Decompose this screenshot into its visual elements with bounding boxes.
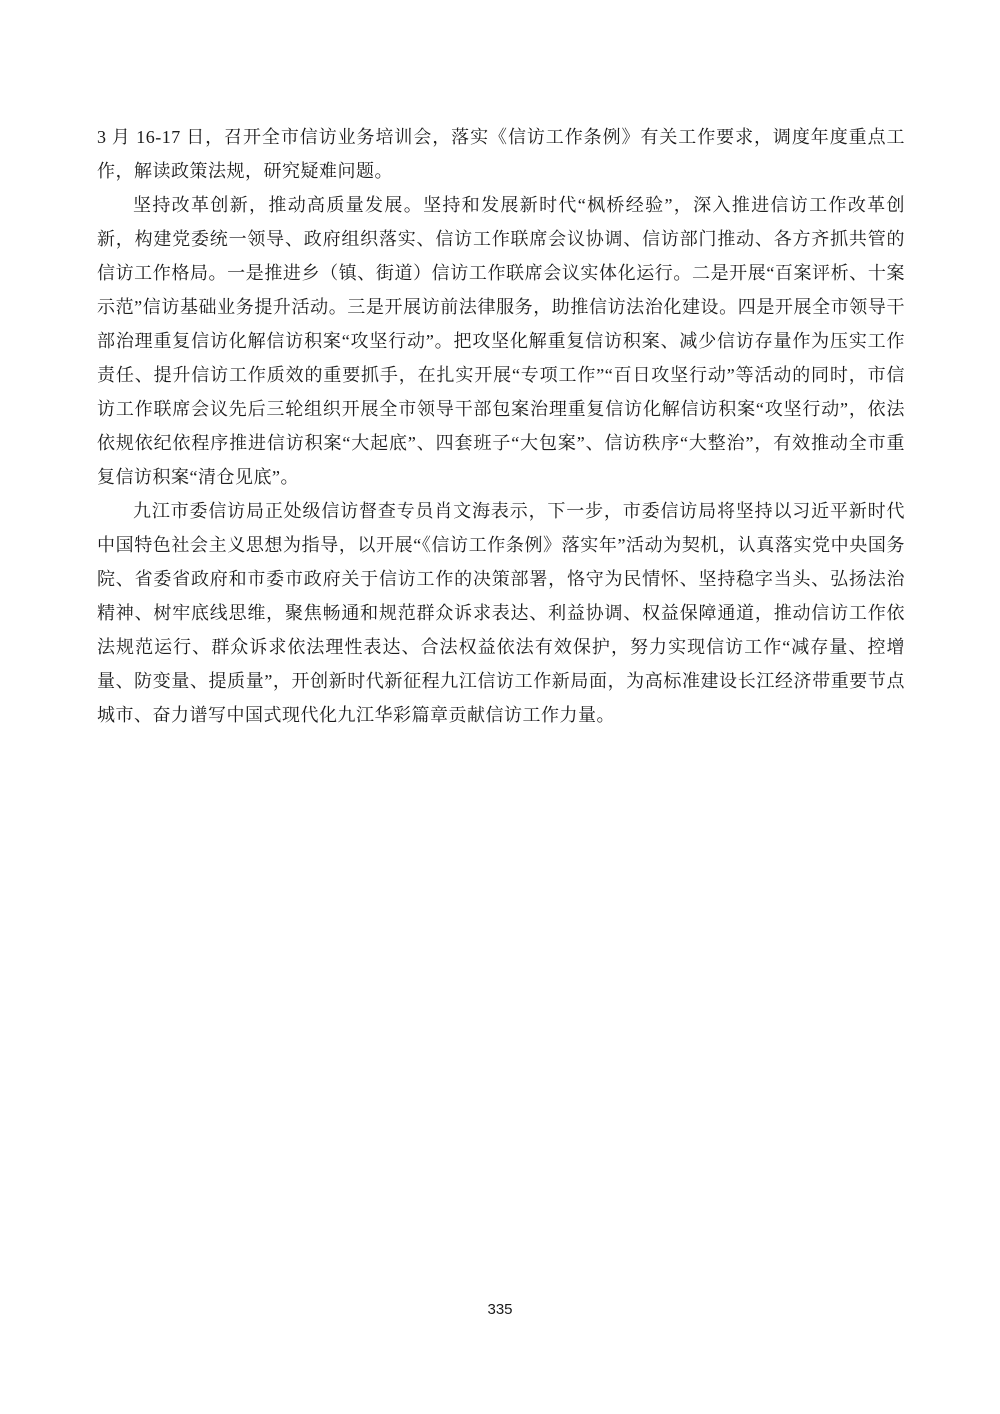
paragraph-continuation: 3 月 16-17 日，召开全市信访业务培训会，落实《信访工作条例》有关工作要求… bbox=[97, 120, 905, 188]
page-number: 335 bbox=[487, 1300, 512, 1320]
document-page: 3 月 16-17 日，召开全市信访业务培训会，落实《信访工作条例》有关工作要求… bbox=[0, 0, 1000, 1414]
document-body: 3 月 16-17 日，召开全市信访业务培训会，落实《信访工作条例》有关工作要求… bbox=[97, 120, 905, 732]
paragraph-reform-innovation: 坚持改革创新，推动高质量发展。坚持和发展新时代“枫桥经验”，深入推进信访工作改革… bbox=[97, 188, 905, 494]
paragraph-next-steps: 九江市委信访局正处级信访督查专员肖文海表示，下一步，市委信访局将坚持以习近平新时… bbox=[97, 494, 905, 732]
page-footer: 335 bbox=[0, 1300, 1000, 1320]
